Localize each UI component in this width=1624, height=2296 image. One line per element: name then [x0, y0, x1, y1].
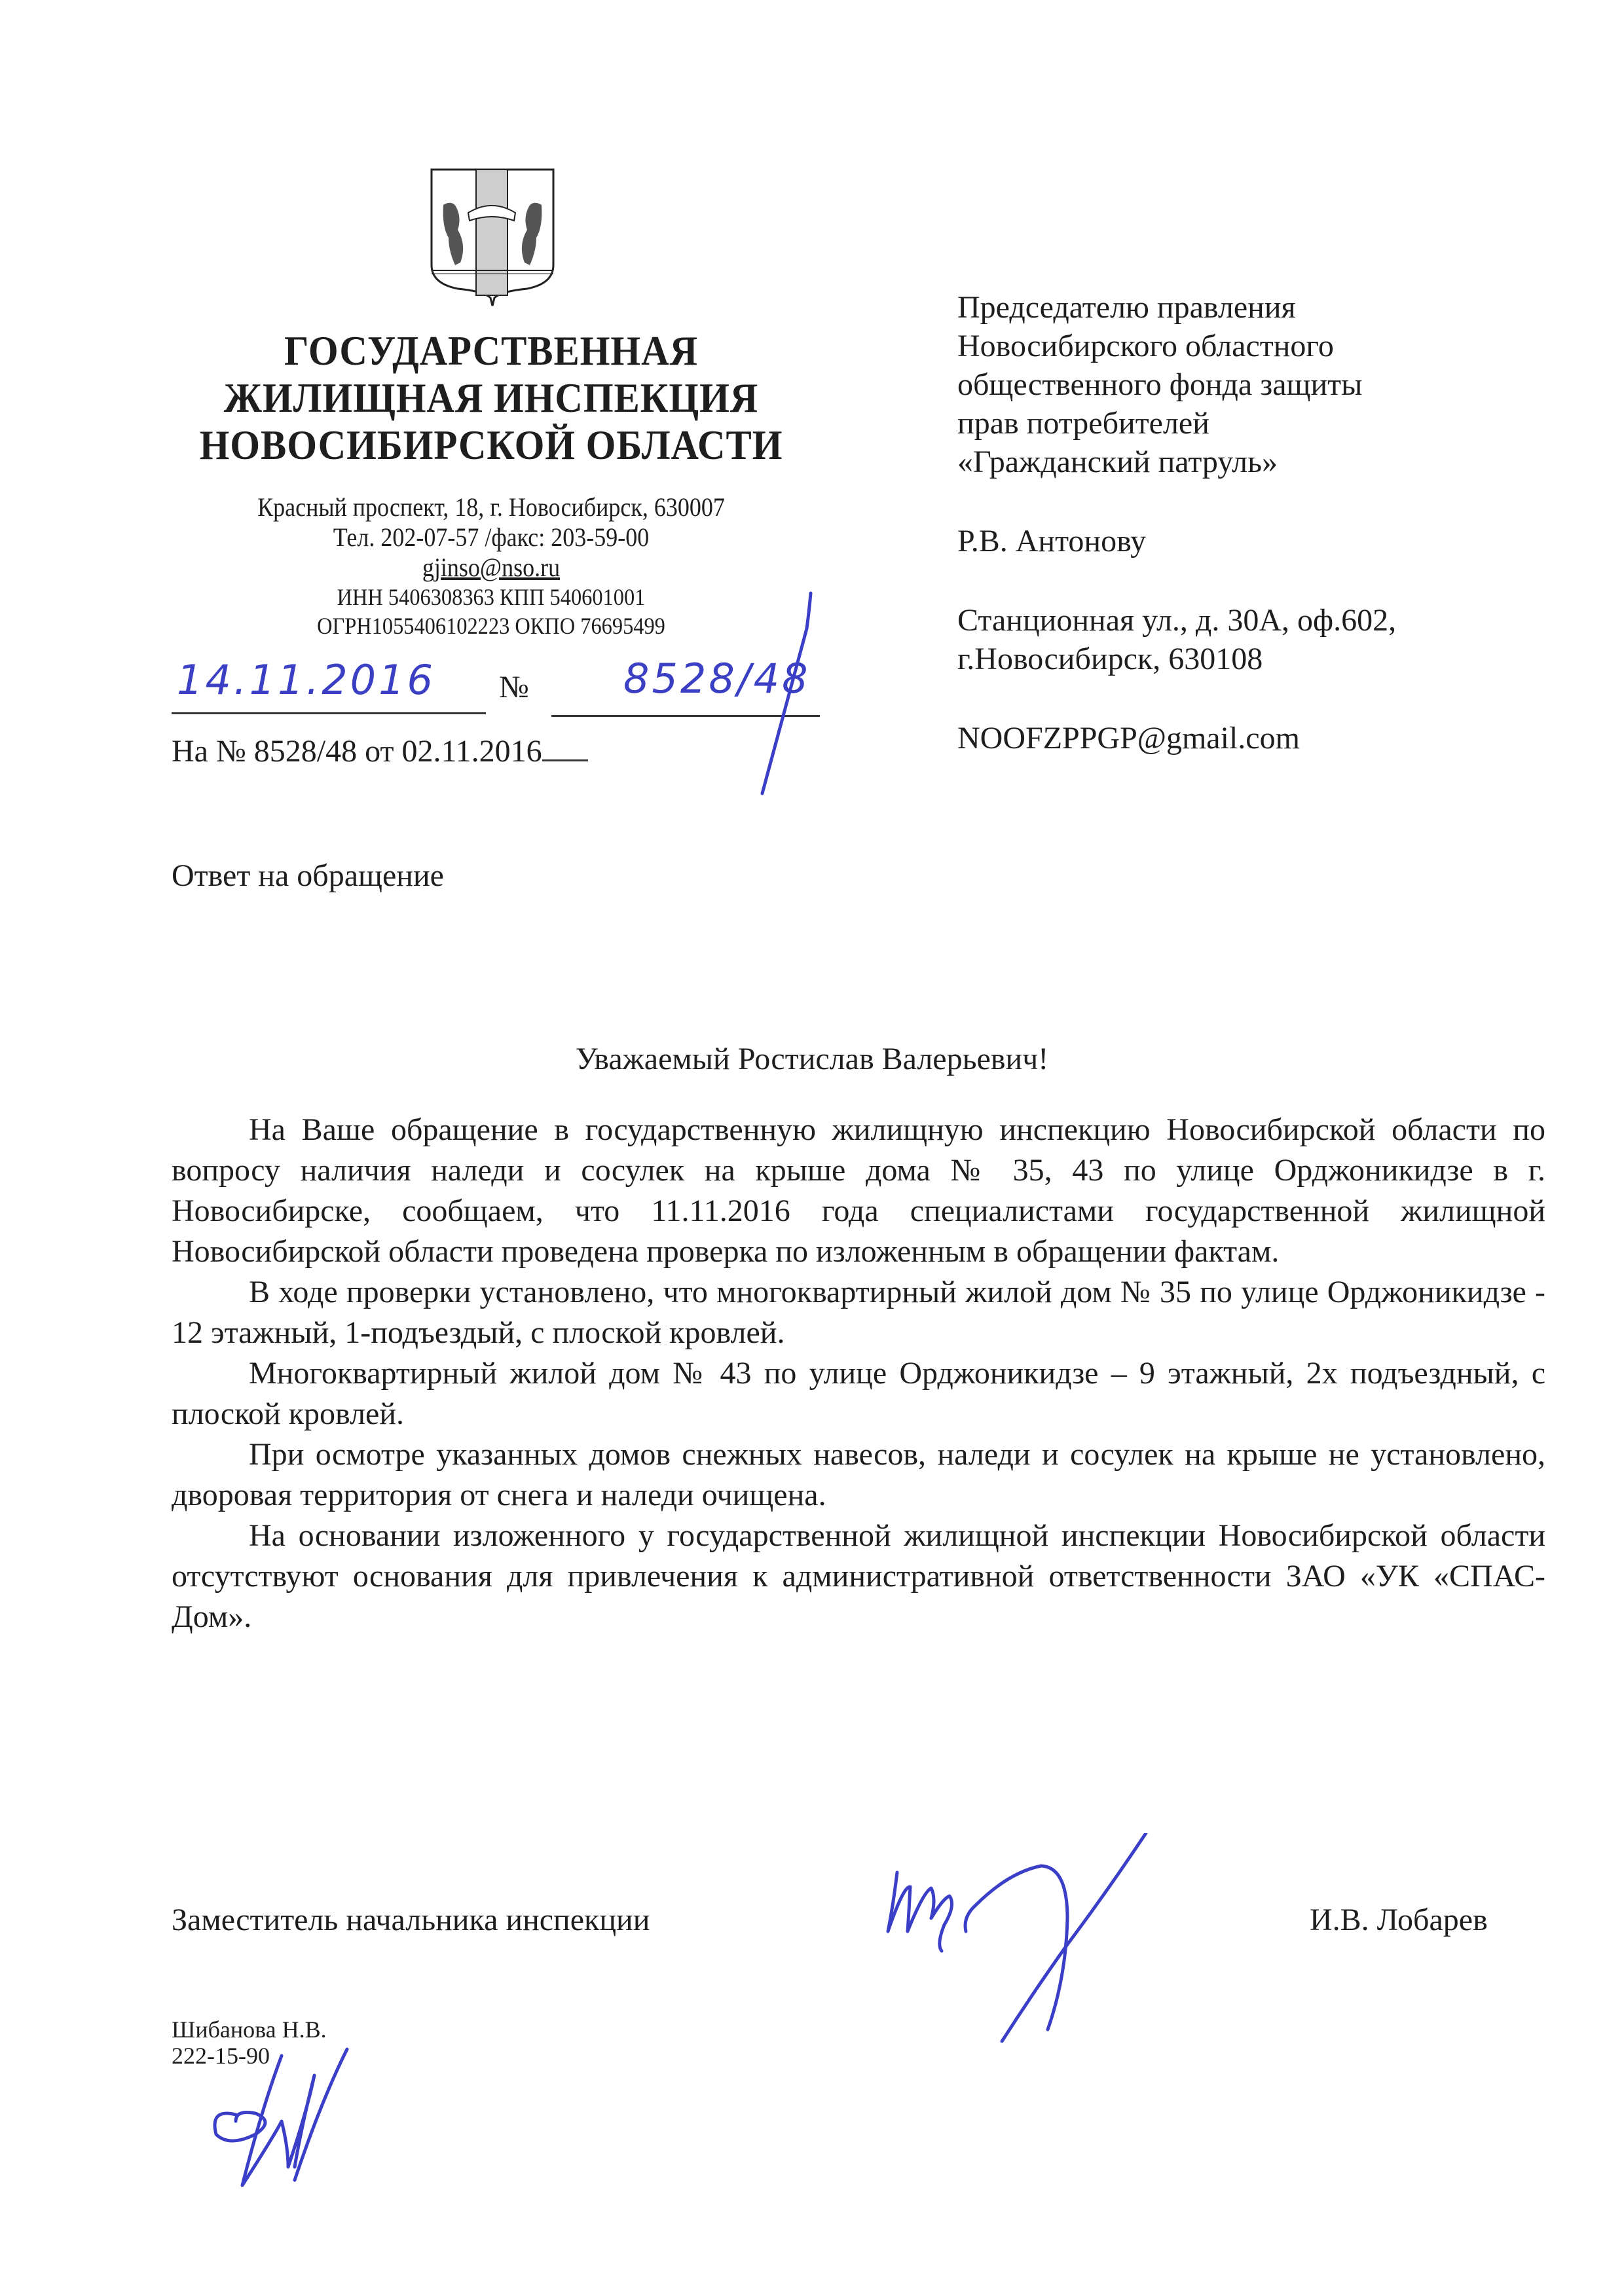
letter-subject: Ответ на обращение [172, 858, 444, 894]
handwritten-date: 14.11.2016 [177, 656, 435, 704]
coat-of-arms-icon [429, 167, 557, 308]
addressee-email-link[interactable]: NOOFZPPGP@gmail.com [957, 719, 1547, 757]
reference-blank-line [542, 736, 588, 761]
body-paragraph: На основании изложенного у государственн… [172, 1516, 1545, 1637]
letter-body: На Ваше обращение в государственную жили… [172, 1110, 1545, 1637]
letter-greeting: Уважаемый Ростислав Валерьевич! [0, 1041, 1624, 1077]
org-line: НОВОСИБИРСКОЙ ОБЛАСТИ [190, 422, 792, 469]
signature-icon [871, 1833, 1329, 2043]
org-line: ЖИЛИЩНАЯ ИНСПЕКЦИЯ [190, 374, 792, 422]
org-phone: Тел. 202-07-57 /факс: 203-59-00 [196, 522, 786, 553]
org-ogrn-okpo: ОГРН1055406102223 ОКПО 76695499 [196, 611, 786, 640]
addressee-name: Р.В. Антонову [957, 522, 1547, 560]
org-inn-kpp: ИНН 5406308363 КПП 540601001 [196, 583, 786, 611]
addressee-line: Новосибирского областного [957, 327, 1547, 365]
handwritten-slash-icon [747, 589, 825, 799]
reference-number: На № 8528/48 от 02.11.2016 [172, 733, 588, 769]
addressee-address-line: г.Новосибирск, 630108 [957, 640, 1547, 678]
number-label: № [499, 669, 529, 705]
registration-line: 14.11.2016 № 8528/48 [172, 655, 807, 714]
body-paragraph: На Ваше обращение в государственную жили… [172, 1110, 1545, 1272]
addressee-line: «Гражданский патруль» [957, 443, 1547, 481]
org-email-link[interactable]: gjinso@nso.ru [196, 553, 786, 583]
signatory-title: Заместитель начальника инспекции [172, 1902, 650, 1938]
registration-date-field: 14.11.2016 [172, 655, 486, 714]
signatory-name: И.В. Лобарев [1310, 1902, 1488, 1938]
addressee-block: Председателю правления Новосибирского об… [957, 288, 1547, 757]
body-paragraph: В ходе проверки установлено, что многокв… [172, 1272, 1545, 1353]
org-line: ГОСУДАРСТВЕННАЯ [190, 327, 792, 374]
addressee-line: общественного фонда защиты [957, 365, 1547, 404]
org-contacts: Красный проспект, 18, г. Новосибирск, 63… [196, 492, 786, 640]
addressee-line: прав потребителей [957, 404, 1547, 443]
reference-text: На № 8528/48 от 02.11.2016 [172, 734, 542, 769]
addressee-line: Председателю правления [957, 288, 1547, 327]
organization-name: ГОСУДАРСТВЕННАЯ ЖИЛИЩНАЯ ИНСПЕКЦИЯ НОВОС… [190, 327, 792, 469]
addressee-address-line: Станционная ул., д. 30А, оф.602, [957, 601, 1547, 640]
executor-signature-icon [196, 2036, 354, 2187]
body-paragraph: Многоквартирный жилой дом № 43 по улице … [172, 1353, 1545, 1434]
org-address: Красный проспект, 18, г. Новосибирск, 63… [196, 492, 786, 522]
body-paragraph: При осмотре указанных домов снежных наве… [172, 1434, 1545, 1516]
